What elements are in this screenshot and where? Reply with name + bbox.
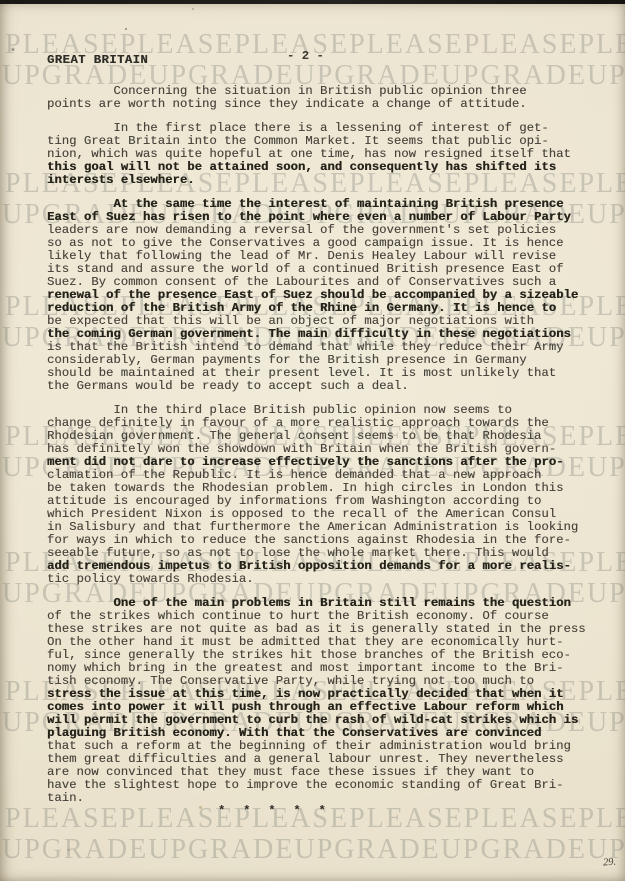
- text-line: have the slightest hope to improve the e…: [47, 779, 625, 792]
- paragraph: In the third place British public opinio…: [47, 404, 625, 586]
- document-body: Concerning the situation in British publ…: [47, 85, 625, 805]
- text-line: interests elsewhere.: [47, 174, 625, 187]
- watermark-word: UPGRADE: [148, 836, 294, 864]
- watermark-word: UPGRADE: [294, 836, 440, 864]
- watermark-word: UPGRADE: [2, 836, 148, 864]
- scanned-document-page: PLEASEPLEASEPLEASEPLEASEPLEASEPLEASEUPGR…: [0, 0, 625, 881]
- page-number: - 2 -: [287, 50, 324, 63]
- asterisk-separator: * * * * *: [47, 805, 625, 818]
- margin-mark: *: [10, 48, 16, 59]
- paragraph: In the first place there is a lessening …: [47, 122, 625, 187]
- paragraph: At the same time the interest of maintai…: [47, 198, 625, 393]
- watermark-word: UPGRADE: [441, 836, 587, 864]
- text-line: the Germans would be ready to accept suc…: [47, 380, 625, 393]
- paper-speck: [67, 848, 71, 851]
- text-line: tain.: [47, 792, 625, 805]
- document-header: * GREAT BRITAIN - 2 -: [47, 50, 625, 63]
- paper-speck: [192, 8, 194, 10]
- typed-content: * GREAT BRITAIN - 2 - Concerning the sit…: [0, 0, 625, 818]
- page-stamp: 29.: [603, 857, 617, 869]
- text-line: points are worth noting since they indic…: [47, 98, 625, 111]
- paper-speck: [160, 752, 162, 754]
- paragraph: Concerning the situation in British publ…: [47, 85, 625, 111]
- text-line: tic policy towards Rhodesia.: [47, 573, 625, 586]
- paper-speck: [199, 806, 202, 809]
- section-title: GREAT BRITAIN: [47, 53, 148, 67]
- paragraph: One of the main problems in Britain stil…: [47, 597, 625, 805]
- scan-edge-top: [0, 0, 625, 4]
- watermark-row: UPGRADEUPGRADEUPGRADEUPGRADEUPGRADEUPGRA…: [2, 836, 625, 864]
- paper-speck: [125, 28, 127, 30]
